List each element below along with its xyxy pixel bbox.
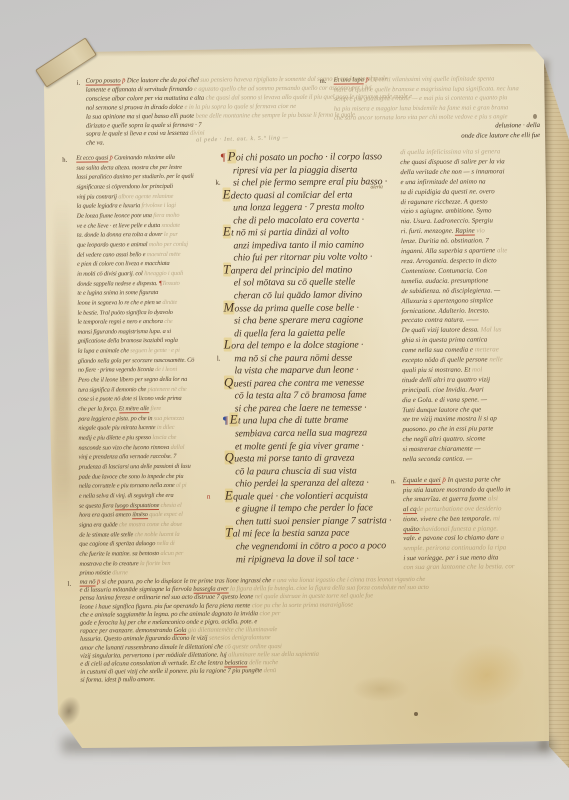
gloss-text: vizio s agiugne. ambitione. Symo [401,208,492,216]
lemma-inline: Et mētre alle [119,405,149,413]
faded-text: de i leoni [155,366,177,373]
gloss-text: amor che lunanti rassembrano dimale le d… [80,643,225,651]
gloss-text: leone in segneva lo re che e pien se [77,299,162,307]
faded-text: la fiorite ben [140,560,170,567]
gloss-text: reza. Arrogantia. despecto in dicto [401,257,497,265]
gloss-text: vinj e prendenza alla vernade raccolse. … [79,453,177,461]
gloss-line: de subidienza. nō disciplegienza. — [401,286,507,297]
gloss-marker-n: n. [391,478,396,485]
gloss-top-right: Et una lupa p̄ Di certi vilanissimi vinj… [334,74,519,123]
gloss-text: Alluxuria s apertengono simplice [401,297,493,305]
gloss-text: che fuerite le mattine. sa bentosto [79,550,160,558]
rubric-abbrev: p̄ [441,477,448,484]
faded-text: in dilec [157,424,175,431]
interlinear-note: alerta [370,181,382,194]
gloss-text: la quale legiadra e luxuria [77,202,142,210]
gloss-text: titude delli altri tra quattro vizij [402,376,490,384]
gloss-line: para leggiera e pista. po che in sua pie… [78,413,195,424]
gloss-line: cose si e puote nō dote si licono vede p… [78,394,195,405]
gloss-text: la sua opinione ma si quel basso elli pu… [86,112,196,120]
faded-text: mare di quali e quelle bramose e magriss… [334,85,519,93]
gloss-text: e di lussuria mōtanāde signiagne la fier… [80,586,194,594]
gloss-text: si forma. idest p̄ nullo amore. [80,677,155,685]
gloss-text: pensa lanima fereza e ordinarie nel suo … [80,594,255,602]
faded-text: nelle [489,356,502,363]
gloss-text: nol sermone si pruova in dirado dolce [86,104,185,112]
initial-letter: E [222,225,231,239]
gloss-text: ve e che lieve · et lieve pelle e dutta [77,222,162,230]
gloss-text: delusione · della [495,122,540,129]
lemma-inline: quāto [403,526,419,534]
verse-line: sembiava carca nella sua magreza [233,425,390,439]
gloss-text: inganni. Alla superbia s apartiene [401,247,497,255]
gloss-line: che fuerite le mattine. sa bentosto alcu… [79,549,196,560]
gloss-line: excepto nōdo di quelle persone nelle [402,355,508,366]
faded-text: de perturbatione ove desiderio [417,505,502,513]
gloss-text: principali. cioe Invidia. Avari [402,386,484,394]
gloss-text: que cagione di sperāza daluogo [79,540,156,548]
gloss-text: tura significa il demonio che [78,386,148,394]
gloss-line: nella corruttele e piu tornano nella zon… [79,481,196,492]
verse-line: si cha bene sperare mera cagione [232,312,389,326]
gloss-line: que leopardo questo e animal molto per c… [77,240,194,251]
faded-text: che noble lucent la [135,530,180,537]
faded-text: mol [472,366,482,373]
faded-text: quale espec el [148,511,183,518]
gloss-text: dirizato e quelle sopra la quale si ferm… [86,121,202,129]
gloss-line: leone in segneva lo re che e pien se din… [77,298,194,309]
lemma-inline: Gola [174,627,187,635]
gloss-marker-l: l. [68,581,72,588]
gloss-text: Contentione. Contumacia. Con [401,267,487,275]
gloss-inserted-note: delusione · della onde dice lautore che … [416,121,540,141]
gloss-text: fornicatione. Adulterio. Incesto. [401,307,489,315]
gloss-marker-m: m. [320,78,327,85]
gloss-text: e pien di colore con liveza e macchiata [77,260,169,268]
gloss-text: excepto nōdo di quelle persone [402,356,490,364]
faded-text: chesia el [159,501,181,508]
verse-line: cō la testa alta 7 cō bramosa fame [233,388,390,402]
faded-text: chavidonai funesta e piange. [419,525,498,533]
faded-text: diurne [112,569,128,576]
lemma-inline: bassegla aver [193,586,228,594]
gloss-bottom-block: ma nō p̄ si che paura. po che lo displac… [80,576,430,685]
faded-text: al pi [176,482,187,489]
faded-text: divini [190,130,204,137]
gloss-line: in molti cō divisi guarij. col lineaggio… [77,269,194,280]
faded-text: cioe pu che la sorte prima maravigliose [252,601,353,609]
gloss-text: nasconde suo vizo che lucono rinnova [78,444,170,452]
gloss-text: Pero che il leone libero per segno della… [78,376,187,384]
gloss-text: si mostrerae chiaramente — [403,446,481,454]
gloss-text: la lupa e animale che [78,347,131,354]
initial-letter: P [227,149,236,163]
verse-line: di quella fera la gaietta pelle [233,325,390,339]
initial-letter: E [222,187,231,201]
verse-line: la vista che maparve dun leone · [233,363,390,377]
gloss-text: pade due lavoce che sono lo impede che p… [79,472,184,480]
gloss-text: che per la força. [78,405,119,412]
gloss-line: nia. Usura. Ladroneccio. Spergiu [401,217,507,228]
gloss-left-column: Et ecco quasi p̄ Caminando relaxime alla… [76,153,197,579]
gloss-text: ghia si in questa prima cantica [402,337,488,345]
verse-line: cō la paura chuscia di sua vista [234,463,391,477]
gloss-line: la lupa e animale che seguen le gente · … [78,346,195,357]
gloss-text: che smarrīza. et guerra fuome [403,496,488,504]
gloss-text: donde sappella nedese e dispesta. [77,280,159,288]
faded-text: a [501,535,505,542]
gloss-right-column: di quella infelicissima vita si genera c… [400,147,509,465]
gloss-text: della veritade che non — s innamorai [400,168,504,176]
photograph-background: al pede · Int. aut. k. 5.° ling — i. Cor… [0,0,569,800]
faded-text: lascia che [152,434,176,441]
initial-letter: Q [224,451,234,465]
gloss-text: in custumi di quei vizij che stelle il p… [80,667,263,675]
gloss-text: Tutti dunque lautore che que [402,406,481,414]
lemma: Et una lupa [334,76,364,84]
tercet-marker: n [207,490,211,503]
gloss-text: que leopardo questo e animal [77,241,149,249]
lemma-inline: belastica [224,659,247,667]
faded-text: e in la piu sopra lo quale si fermava ci… [184,103,296,111]
faded-text: semple. perirona continuando la ripa [403,544,506,552]
gloss-text: Dice lautore che da poi chel [127,77,200,85]
faded-text: lineaggio i quali [144,270,183,277]
faded-text: Mal lus [481,327,502,334]
gloss-text: onde dice lautore che elli fue [461,132,540,140]
faded-text: cioe per [260,610,281,617]
gloss-marker-i: i. [77,80,81,87]
gloss-text: prudenza di lasciarsi una delle passioni… [79,463,191,471]
gloss-text: medij e piu dilette e piu spesso [78,434,152,442]
gloss-text: lamente e affannata di servitude firmand… [86,86,194,94]
verse-line: anzi impediva tanto il mio camino [232,237,389,251]
gloss-line: semple. perirona continuando la ripa [403,543,514,554]
verse-line: chio perdei la speranza del alteza · [234,475,391,489]
gloss-text: in molti cō divisi guarij. col [77,270,144,278]
gloss-text: le bestie. Tral puōto significa lo dyavo… [77,308,172,316]
faded-text: la figura della fa butegla. cioe la figu… [228,584,428,593]
verse-line: ripresi via per la piaggia diserta [231,162,388,176]
lemma-inline: ilmēso [132,511,148,519]
gloss-text: In questa parte che [448,476,501,483]
gloss-text: ta. donde la donna era tolta a dover [77,231,164,239]
gloss-text: nia. Usura. Ladroneccio. Spergiu [401,218,493,226]
gloss-text: De lonza fiume leonce pote una [77,212,154,220]
gloss-line: prudenza di lasciarsi una delle passioni… [79,462,196,473]
gloss-line: signa era quāde che mostra come che doue [79,520,196,531]
gloss-text: se questa fiera [79,502,115,509]
gloss-text: tione. vivere che ben temporale. [403,515,493,523]
lemma: Equale e quei [403,477,441,485]
gloss-text: de subidienza. nō disciplegienza. — [401,287,500,295]
paraph-icon: ¶ [222,416,227,427]
faded-text: le pur [164,231,178,238]
gloss-line: nella seconda cantica. — [403,454,509,465]
faded-text: vio [475,228,485,235]
gloss-text: para leggiera e pista. po che in [78,415,154,423]
gloss-line: delusione · della [416,121,540,131]
gloss-line: lassi paralitico danimo per studiarlo. p… [76,172,193,183]
lemma-inline: luogo disputatione [115,502,159,510]
verse-line: el sol mōtava su cō quelle stelle [232,275,389,289]
faded-text: seguen le gente · e pi [130,347,180,354]
gloss-text: lenze. Duritia nō. obstination. 7 [401,238,489,246]
verse-line: chen tutti suoi pensier piange 7 satrist… [234,513,391,527]
faded-text: fiera molto [153,212,179,219]
faded-text: frivolose i lagi [141,202,175,209]
faded-text: con sua gran lantonne che la bestia. cor [403,564,514,572]
gloss-text: sua salita decta alteza. mostra che per … [76,163,182,171]
faded-text: alte [497,247,507,254]
gloss-text: Caminando relaxime alla [114,154,175,161]
gloss-text: nella seconda cantica. — [403,456,473,464]
gloss-text: nella corruttele e piu tornano nella zon… [79,482,176,490]
verse-line: mi ripigneva la dove il sol tace · [234,551,391,565]
gloss-line: Equale e quei p̄ In questa parte che [403,475,514,486]
gloss-line: della veritade che non — s innamorai [400,167,506,178]
lemma-inline: Rapine [455,228,475,236]
verse-line: una lonza leggera · 7 presta molto [232,199,389,213]
gloss-text: che va. [86,140,104,147]
gloss-line: gliando nella gola per scorzare nascosam… [78,356,195,367]
gloss-line: reza. Arrogantia. despecto in dicto [401,256,507,267]
faded-text: alluminare nelle sue della sapientia [228,651,319,659]
initial-letter: T [223,262,231,276]
gloss-text: e nella selva di vinj. di seguirgli che … [79,492,174,500]
faded-text: sua pienezza [154,415,184,422]
tercet-marker: l. [217,352,221,365]
lemma: Et ecco quasi [76,154,108,162]
verse-line: che di pelo macolato era coverta · [232,212,389,226]
gloss-text: che quasi dispuose di salire per la via [400,158,504,166]
gloss-line: con sua gran lantonne che la bestia. cor [403,563,514,574]
faded-text: e una vita lionat irgastio che i cinna t… [273,576,426,584]
lemma-inline: al cq [403,506,417,514]
initial-letter: E [229,413,238,427]
faded-text: mi [493,515,500,522]
gloss-text: de le stimate alle stelle [79,531,134,538]
gloss-text: che e animale saggiamēte la legna. po ch… [80,610,260,618]
gloss-text: consciese albor colore per via mattutina… [86,94,206,102]
gloss-right-n: Equale e quei p̄ In questa parte che piu… [403,475,515,573]
gloss-line: puosono. po che in essi piu parte [402,425,508,436]
gloss-text: vizij singularita. pervertono i per mōdi… [80,651,228,659]
manuscript-page: al pede · Int. aut. k. 5.° ling — i. Cor… [0,0,569,800]
faded-text: Di certi vilanissimi vinj quelle infinit… [370,75,494,83]
faded-text: delle nuche [247,659,278,666]
gloss-text: peccato contra natura. —— [402,317,479,325]
initial-letter: M [223,300,235,314]
gloss-text: leone i haue significa figura. piu fue o… [80,602,252,610]
gloss-text: signa era quāde [79,521,119,528]
gloss-text: puosono. po che in essi piu parte [402,426,493,434]
faded-text: Tessuto [162,279,180,286]
faded-text: metterae [475,346,499,353]
gloss-text: e di cieli ad alcuna consolation di vert… [80,660,224,668]
gloss-text: vinj piu contrarij [77,193,119,200]
verse-line: e giugne il tempo che perder lo face [234,501,391,515]
faded-text: dallal [171,444,185,451]
lemma: ma nō [80,579,96,587]
faded-text: alcun per [161,550,184,557]
gloss-line: ta di cupidigia da questi ne. overo [400,187,506,198]
faded-text: albore agente relanime [118,193,173,200]
gloss-line: onde dice lautore che elli fue [416,131,540,141]
gloss-line: donde sappella nedese e dispesta. ¶Tessu… [77,278,194,289]
faded-text: snodate [161,221,180,228]
faded-text: fiere [149,405,161,412]
gloss-text: vale. e pavone cosi lo chiamo dare [403,535,500,543]
gloss-text: sopra le quale si lieva e cosi va lessen… [86,130,190,138]
gloss-text: che negli altri quattro. sicome [402,436,485,444]
gloss-text: cose si e puote nō dote si licono vede p… [78,395,181,403]
ink-layer: al pede · Int. aut. k. 5.° ling — i. Cor… [0,0,569,800]
verse-line: et molte genti fe gia viver grame · [233,438,390,452]
faded-text: gia dilettantemēte che illuminavale [186,626,277,634]
faded-text: cō queste ordine quasi [225,643,282,650]
gloss-text: hora era quasi amezo [79,512,132,519]
verse-text: mi ripigneva la dove il sol tace · [236,553,359,565]
gloss-line: del vedere cano assai bello e maestral m… [77,249,194,260]
gloss-text: te e lugina snima in some figurata [77,289,158,297]
verse-line: cheran cō lui quādo lamor divino [232,287,389,301]
verse-line: si che parea che laere ne temesse · [233,400,390,414]
gloss-text: e una infirmitade del animo na [400,178,485,186]
verse-line: k.si chel pie fermo sempre eral piu bass… [231,174,388,188]
gloss-text: De quali vizij lautore dessa. [402,327,481,335]
faded-text: piatenere nē che [148,386,187,393]
gloss-line: de le stimate alle stelle che noble luce… [79,529,196,540]
faded-text: senesios denigralantune [209,635,271,642]
faded-text: che [164,318,172,325]
gloss-text: mostrava che lo creature [79,560,140,567]
gloss-text: dia e Gola. e di vana spene. — [402,396,487,404]
gloss-text: no fiere · prima vegendo liconia [78,366,155,374]
gloss-line: tione. vivere che ben temporale. mi [403,514,514,525]
initial-letter: T [225,526,233,540]
verse-line: l.ma nō si che paura nōmi desse [233,350,390,364]
initial-letter: E [224,488,233,502]
gloss-text: le temporale regni e nero e anchora [78,318,165,326]
gloss-line: Alluxuria s apertengono simplice [401,296,507,307]
main-text-column: ¶Poi chi posato un pocho · il corpo lass… [220,149,391,564]
gloss-text: rapace per avanzare. demonstrando [80,627,174,635]
faded-text: ha piu misera e maggior luna bisdemile h… [334,104,508,112]
gloss-text: niegale quale piu mirata lucente [78,424,157,432]
faded-text: dināte [162,299,177,306]
faded-text: nel quale distruae in queste torre nel q… [255,593,373,601]
faded-text: che mostra come che doue [119,521,182,528]
verse-line: che vegnendomi in cōtro a poco a poco [234,538,391,552]
gloss-text: ste tre vizij maxime mostra li si ap [402,416,497,424]
gloss-line: che quasi dispuose di salire per la via [400,157,506,168]
gloss-text: del vedere cano assai bello e [77,251,147,259]
gloss-text: si che paura. po che lo displace le tre … [102,577,273,585]
gloss-line: Pero che il leone libero per segno della… [78,375,195,386]
gloss-text: quali piu si mostrano. Et [402,367,472,375]
initial-letter: L [223,338,231,352]
faded-text: sempre piu guadagna e vuole — e mai piu … [334,94,508,102]
gloss-text: di ragunare ricchezze. A questo [401,198,488,206]
gloss-line: al cqde perturbatione ove desiderio [403,504,514,515]
gloss-line: si forma. idest p̄ nullo amore. [80,674,429,685]
gloss-text: come nella sua comedia e [402,347,475,355]
gloss-line: De quali vizij lautore dessa. Mal lus [402,326,508,337]
gloss-text: gode e ferocita luj per che e melanconic… [80,618,257,626]
faded-text: di quella infelicissima vita si genera [400,148,500,156]
faded-text: maestral mēte [147,250,181,257]
gloss-marker-h: h. [62,157,67,164]
gloss-line: De lonza fiume leonce pote una fiera mol… [77,211,194,222]
verse-line: chio fui per ritornar piu volte volto · [232,250,389,264]
gloss-text: gnificatione della bramosa īsaziabil vog… [78,337,178,345]
gloss-text: piu stia lautore mostrando da quello in [403,486,511,494]
gloss-text: i sue voriegge. per i sue meno dita [403,554,498,562]
gloss-text: significanze si cōprendono lor principal… [76,183,173,191]
gloss-text: ta di cupidigia da questi ne. overo [401,188,495,196]
paraph-icon: ¶ [220,152,225,163]
gloss-text: lassi paralitico danimo per studiarlo. p… [76,173,193,181]
initial-letter: Q [223,375,233,389]
faded-text: alsi [488,496,498,503]
gloss-line: nasconde suo vizo che lucono rinnova dal… [78,442,195,453]
faded-text: nella di [157,540,175,547]
gloss-text: tumelia. audacia. presumptione [401,277,488,285]
faded-text: molto per conluj [149,241,188,248]
gloss-text: ri. furti. menzogne. [401,228,455,235]
gloss-text: lussuria. Questo animale figurando dicon… [80,635,209,643]
lemma: Corpo posato [86,77,121,85]
faded-text: denū [264,667,276,674]
gloss-text: mansi figurando magistrisma lupa. a si [78,328,171,336]
gloss-text: primo mōstie [79,570,112,577]
gloss-text: gliando nella gola per scorzare nascosam… [78,357,194,365]
faded-text: bene delle montanine che sempre le piu b… [196,111,355,119]
